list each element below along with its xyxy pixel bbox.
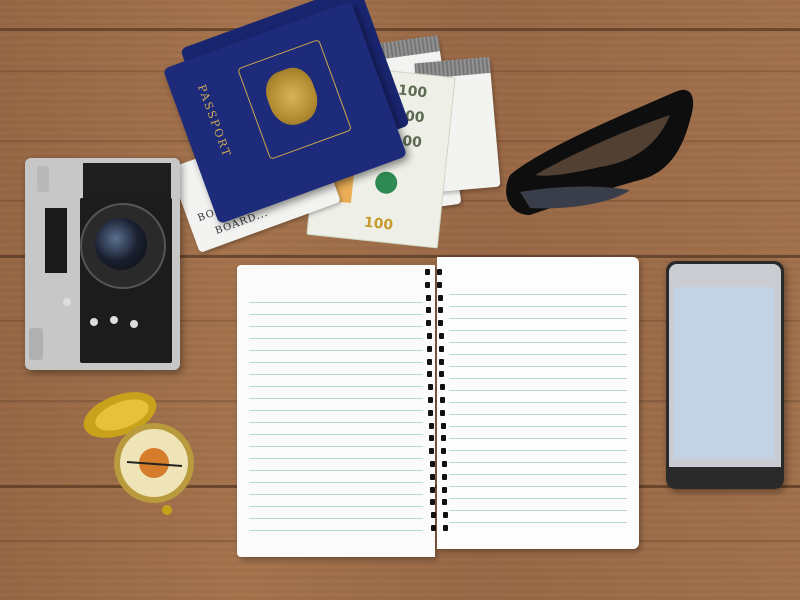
spiral-ring xyxy=(438,295,443,301)
sunglasses-icon xyxy=(500,80,700,220)
notebook-spiral-binding xyxy=(423,269,453,539)
banknote-denomination: 100 xyxy=(397,82,428,101)
spiral-ring xyxy=(438,320,443,326)
camera-button xyxy=(63,298,71,306)
spiral-ring xyxy=(442,474,447,480)
spiral-ring xyxy=(439,359,444,365)
banknote-denomination: 100 xyxy=(363,215,394,234)
spiral-notebook xyxy=(237,257,639,557)
film-camera xyxy=(25,158,180,370)
notebook-left-page xyxy=(237,265,435,557)
spiral-ring xyxy=(439,371,444,377)
wooden-table-background: 100 100 100 100 BOARDING PASS BOARD... P… xyxy=(0,0,800,600)
spiral-ring xyxy=(429,448,434,454)
notebook-right-page xyxy=(437,257,639,549)
spiral-ring xyxy=(430,487,435,493)
spiral-ring xyxy=(429,423,434,429)
spiral-ring xyxy=(442,487,447,493)
spiral-ring xyxy=(440,410,445,416)
camera-knob xyxy=(29,328,43,360)
spiral-ring xyxy=(427,359,432,365)
spiral-ring xyxy=(427,371,432,377)
spiral-ring xyxy=(431,525,436,531)
camera-button xyxy=(130,320,138,328)
spiral-ring xyxy=(426,320,431,326)
spiral-ring xyxy=(439,333,444,339)
spiral-ring xyxy=(426,307,431,313)
spiral-ring xyxy=(425,269,430,275)
spiral-ring xyxy=(437,282,442,288)
spiral-ring xyxy=(425,282,430,288)
camera-lens-icon xyxy=(95,218,147,270)
spiral-ring xyxy=(438,307,443,313)
passport-label: PASSPORT xyxy=(195,83,234,160)
spiral-ring xyxy=(442,461,447,467)
spiral-ring xyxy=(441,448,446,454)
spiral-ring xyxy=(441,423,446,429)
spiral-ring xyxy=(439,346,444,352)
spiral-ring xyxy=(427,333,432,339)
plank-seam xyxy=(0,28,800,31)
camera-leather-top xyxy=(83,163,171,203)
compass-icon xyxy=(82,388,197,518)
smartphone xyxy=(666,261,784,489)
spiral-ring xyxy=(428,397,433,403)
camera-knob xyxy=(37,166,49,192)
banknote-seal-icon xyxy=(374,171,398,195)
spiral-ring xyxy=(441,435,446,441)
spiral-ring xyxy=(426,295,431,301)
spiral-ring xyxy=(442,499,447,505)
spiral-ring xyxy=(430,461,435,467)
spiral-ring xyxy=(440,384,445,390)
camera-button xyxy=(110,316,118,324)
spiral-ring xyxy=(437,269,442,275)
spiral-ring xyxy=(443,525,448,531)
camera-button xyxy=(90,318,98,326)
spiral-ring xyxy=(431,512,436,518)
camera-viewfinder xyxy=(45,208,67,273)
spiral-ring xyxy=(443,512,448,518)
spiral-ring xyxy=(440,397,445,403)
spiral-ring xyxy=(428,410,433,416)
spiral-ring xyxy=(430,474,435,480)
spiral-ring xyxy=(429,435,434,441)
phone-screen xyxy=(674,287,774,459)
spiral-ring xyxy=(427,346,432,352)
spiral-ring xyxy=(428,384,433,390)
spiral-ring xyxy=(430,499,435,505)
